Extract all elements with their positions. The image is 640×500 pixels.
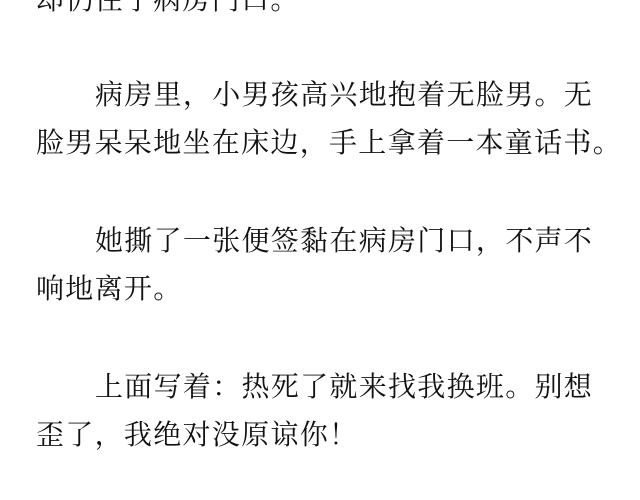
paragraph-2-line-0: 她撕了一张便签黏在病房门口，不声不 (95, 224, 640, 258)
paragraph-2-line-1: 响地离开。 (36, 272, 636, 306)
document-page: 却仍住于病房门口。 病房里，小男孩高兴地抱着无脸男。无 脸男呆呆地坐在床边，手上… (0, 0, 640, 500)
paragraph-1-line-0: 病房里，小男孩高兴地抱着无脸男。无 (95, 78, 640, 112)
paragraph-1-line-1: 脸男呆呆地坐在床边，手上拿着一本童话书。 (36, 126, 636, 160)
paragraph-0-line-0: 却仍住于病房门口。 (36, 0, 636, 17)
paragraph-3-line-1: 歪了，我绝对没原谅你！ (36, 418, 636, 452)
paragraph-3-line-0: 上面写着：热死了就来找我换班。别想 (95, 370, 640, 404)
